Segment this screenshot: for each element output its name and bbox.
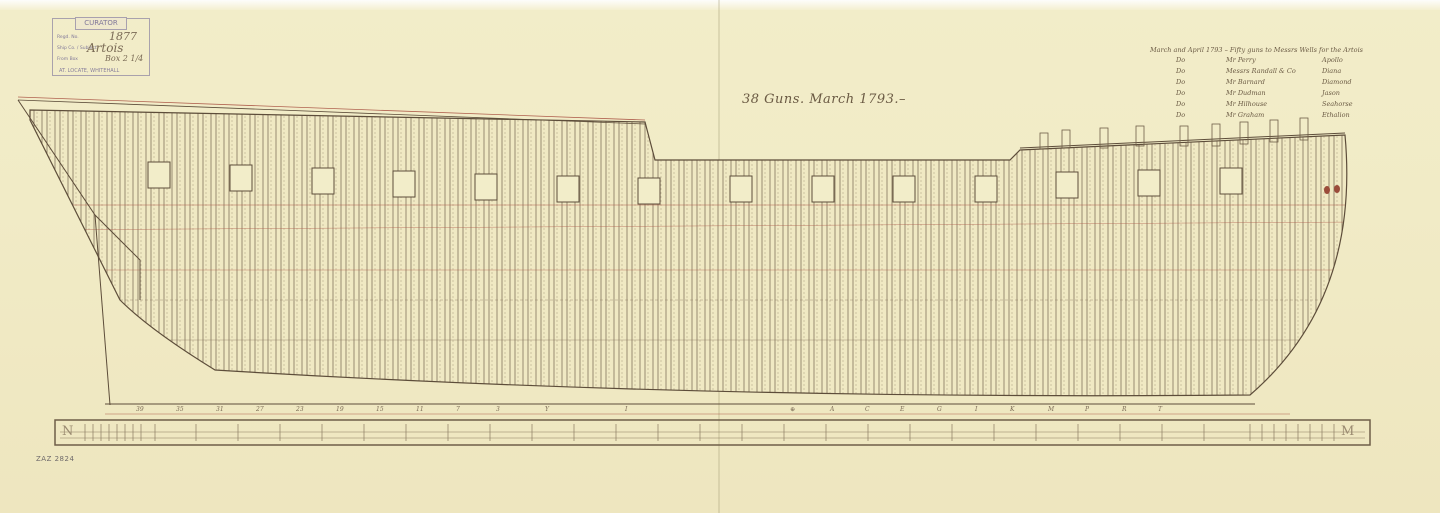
frame-label: I [975,406,977,413]
frame-label: ⊕ [790,406,795,413]
frame-label: 31 [216,406,224,413]
frame-label: A [830,406,834,413]
frame-label: 11 [416,406,424,413]
frame-label: 7 [456,406,460,413]
frame-label: P [1085,406,1089,413]
frame-label: 27 [256,406,264,413]
frame-label: I [625,406,627,413]
scale-bar [55,420,1370,445]
hull-framing-drawing [0,0,1440,513]
frame-label: C [865,406,870,413]
frame-label: G [937,406,942,413]
frame-label: Y [545,406,549,413]
frame-label: 15 [376,406,384,413]
frame-label: T [1158,406,1162,413]
frame-label: 3 [496,406,500,413]
frame-label: 39 [136,406,144,413]
frame-label: K [1010,406,1014,413]
scale-bar-right-label: M [1341,424,1354,439]
frame-label: 19 [336,406,344,413]
hawse-hole [1334,185,1340,193]
hull-frames [20,100,1370,410]
frame-label: 23 [296,406,304,413]
frame-label: 35 [176,406,184,413]
hawse-hole [1324,186,1330,194]
frame-label: E [900,406,904,413]
frame-label: M [1048,406,1054,413]
scale-bar-left-label: N [62,424,73,439]
plan-sheet: CURATOR Regd. No. 1877 Ship Co. / Subjec… [0,0,1440,513]
frame-label: R [1122,406,1127,413]
catalog-number: ZAZ 2824 [36,455,74,463]
